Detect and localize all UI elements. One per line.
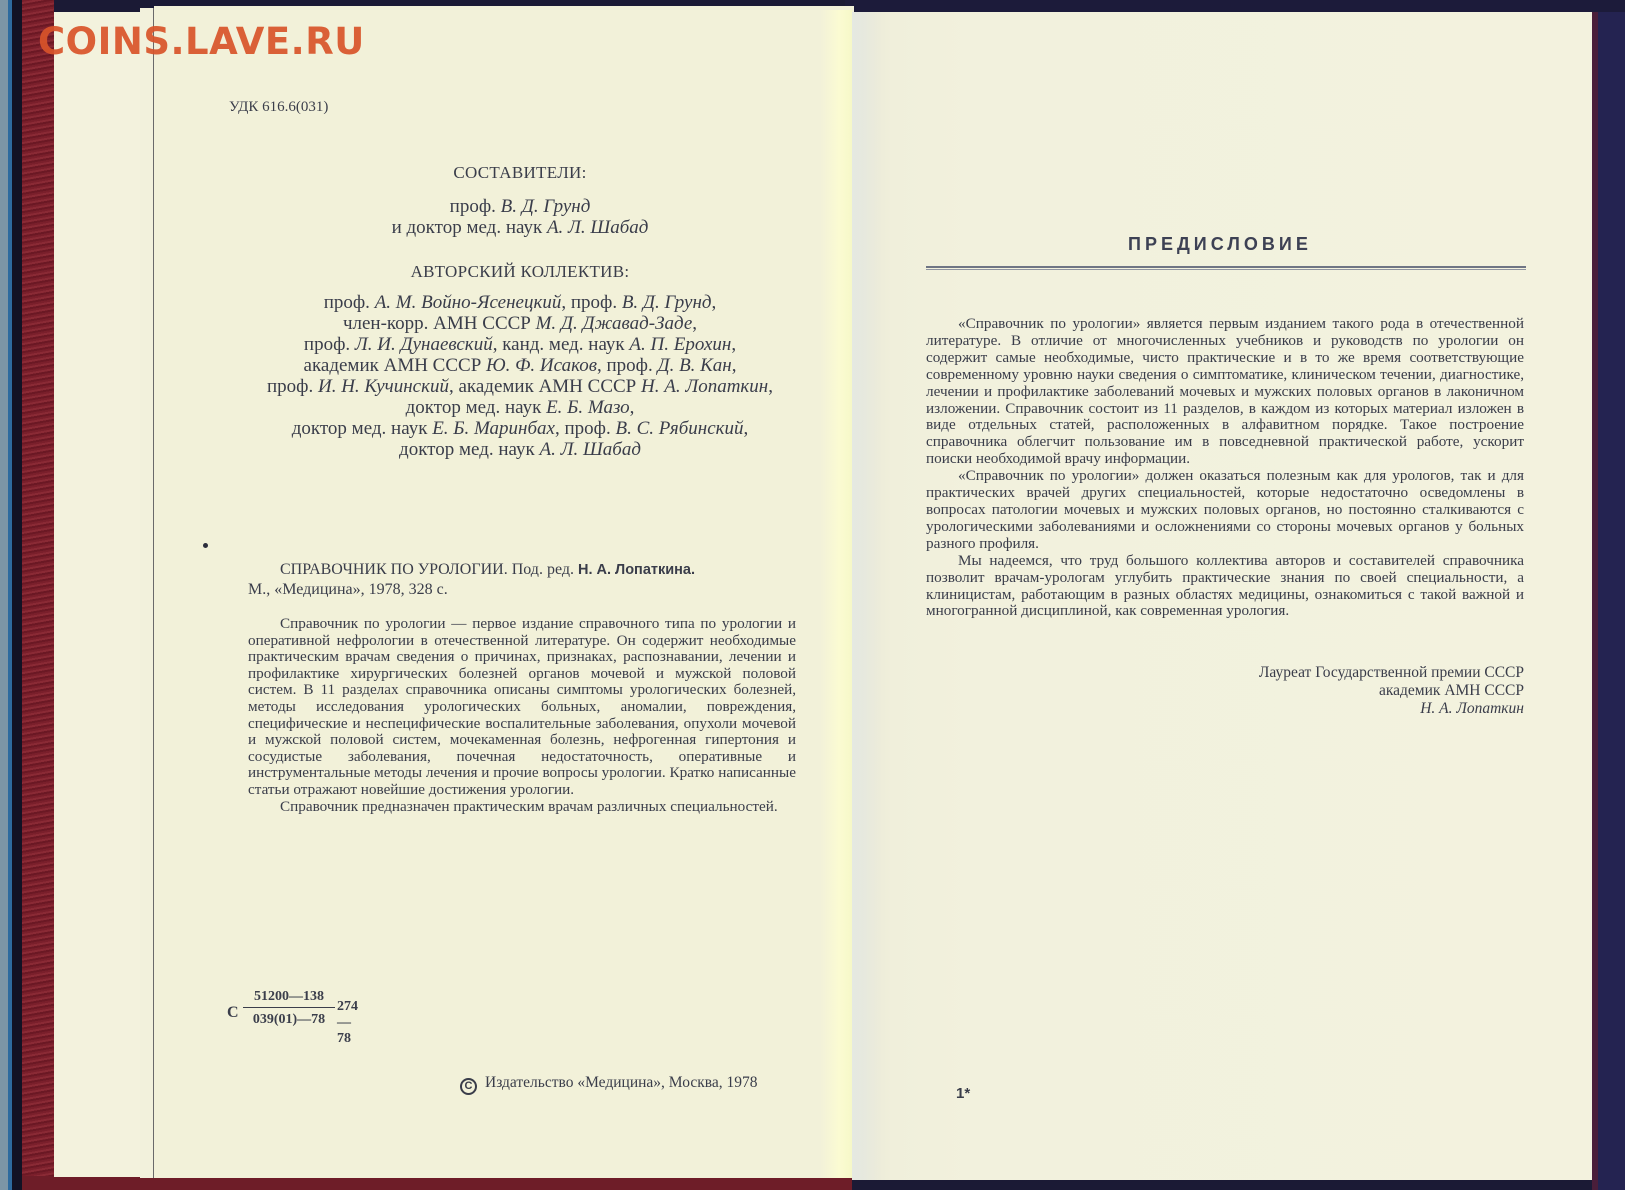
author-line: доктор мед. наук Е. Б. Мазо,: [220, 397, 820, 418]
book-cover-right: [1592, 0, 1625, 1190]
left-page-gutter: [820, 10, 852, 1178]
compiler-line: и доктор мед. наук А. Л. Шабад: [220, 217, 820, 238]
scanner-bed-top: [845, 0, 1625, 12]
title-rule: [926, 266, 1526, 270]
compiler-name: А. Л. Шабад: [547, 217, 648, 238]
copyright-icon: C: [460, 1078, 477, 1095]
preface-paragraph: «Справочник по урологии» является первым…: [926, 316, 1524, 468]
watermark: COINS.LAVE.RU: [38, 20, 365, 63]
right-page-gutter: [852, 12, 882, 1180]
book-scan: COINS.LAVE.RU УДК 616.6(031) СОСТАВИТЕЛИ…: [0, 0, 1625, 1190]
book-cover-bottom: [22, 1176, 852, 1190]
flyleaf-edge: [140, 8, 154, 1178]
compilers-list: проф. В. Д. Грунд и доктор мед. наук А. …: [220, 196, 820, 238]
annotation: Справочник по урологии — первое издание …: [248, 616, 796, 815]
bibliographic-record: СПРАВОЧНИК ПО УРОЛОГИИ. Под. ред. Н. А. …: [248, 560, 796, 600]
signature-title: Лауреат Государственной премии СССР: [1259, 664, 1524, 682]
book-cover-left: [22, 0, 54, 1190]
compiler-line: проф. В. Д. Грунд: [220, 196, 820, 217]
compiler-title: проф.: [450, 196, 501, 217]
signature-name: Н. А. Лопаткин: [1420, 700, 1524, 718]
editor-name: Н. А. Лопаткина.: [578, 562, 695, 578]
paper-speck: [203, 543, 208, 548]
author-line: академик АМН СССР Ю. Ф. Исаков, проф. Д.…: [220, 355, 820, 376]
author-line: член-корр. АМН СССР М. Д. Джавад-Заде,: [220, 313, 820, 334]
compiler-title: и доктор мед. наук: [392, 217, 547, 238]
compilers-heading: СОСТАВИТЕЛИ:: [220, 163, 820, 183]
signature-rank: академик АМН СССР: [1379, 682, 1524, 700]
author-line: проф. Л. И. Дунаевский, канд. мед. наук …: [220, 334, 820, 355]
preface-paragraph: Мы надеемся, что труд большого коллектив…: [926, 553, 1524, 621]
imprint: М., «Медицина», 1978, 328 с.: [248, 580, 796, 600]
author-line: проф. А. М. Войно-Ясенецкий, проф. В. Д.…: [220, 292, 820, 313]
flyleaf: [54, 12, 150, 1177]
annotation-paragraph: Справочник по урологии — первое издание …: [248, 616, 796, 799]
preface-title: ПРЕДИСЛОВИЕ: [1128, 234, 1312, 255]
preface-paragraph: «Справочник по урологии» должен оказатьс…: [926, 468, 1524, 553]
author-line: проф. И. Н. Кучинский, академик АМН СССР…: [220, 376, 820, 397]
annotation-paragraph: Справочник предназначен практическим вра…: [248, 799, 796, 816]
udk-code: УДК 616.6(031): [229, 99, 328, 116]
catalog-fraction: 51200—138 039(01)—78: [243, 989, 335, 1028]
author-collective-list: проф. А. М. Войно-Ясенецкий, проф. В. Д.…: [220, 292, 820, 460]
author-line: доктор мед. наук А. Л. Шабад: [220, 439, 820, 460]
preface-body: «Справочник по урологии» является первым…: [926, 316, 1524, 620]
signature-mark: 1*: [956, 1085, 970, 1102]
copyright-line: CИздательство «Медицина», Москва, 1978: [460, 1074, 757, 1095]
author-collective-heading: АВТОРСКИЙ КОЛЛЕКТИВ:: [220, 262, 820, 282]
author-line: доктор мед. наук Е. Б. Маринбах, проф. В…: [220, 418, 820, 439]
compiler-name: В. Д. Грунд: [501, 196, 591, 217]
book-title: СПРАВОЧНИК ПО УРОЛОГИИ.: [280, 561, 508, 578]
